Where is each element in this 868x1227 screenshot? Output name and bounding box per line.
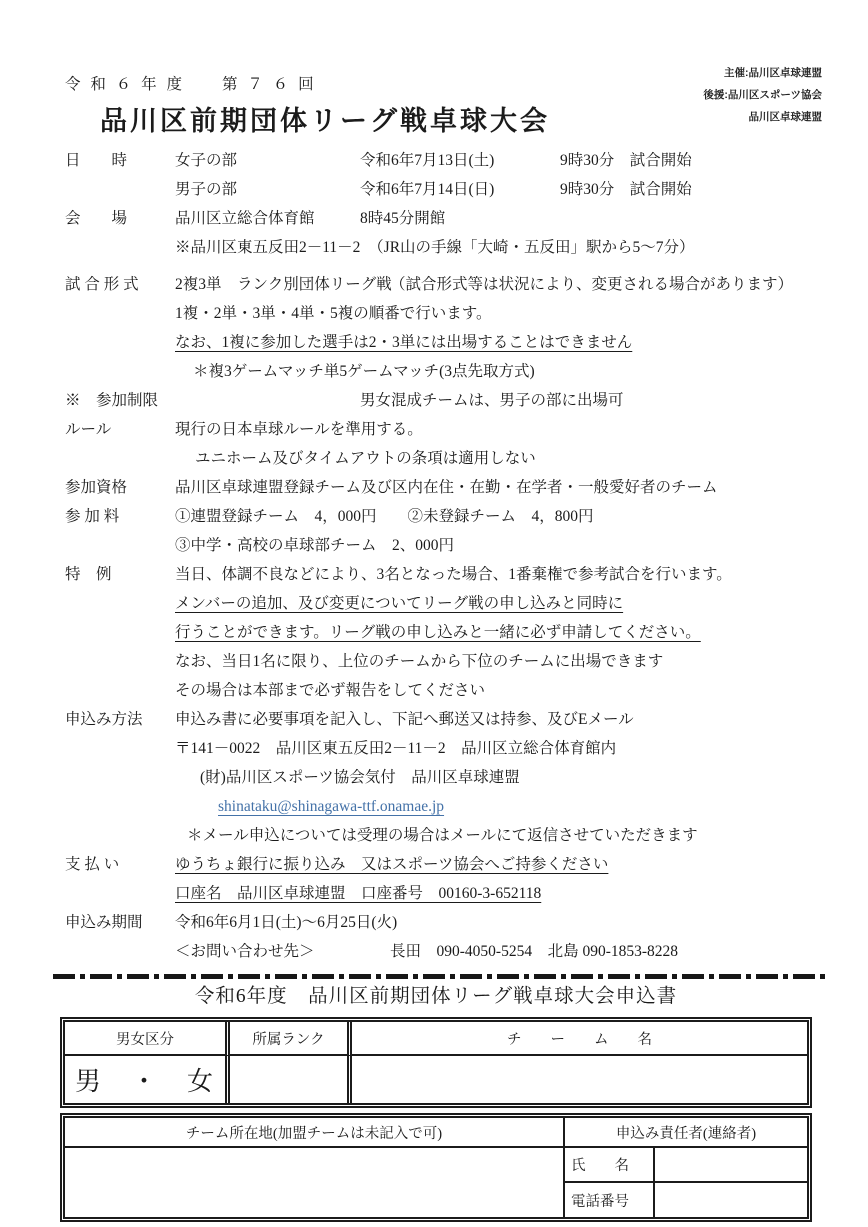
section-application: 申込み方法 申込み書に必要事項を記入し、下記へ郵送又は持参、及びEメール 〒14…	[65, 705, 818, 850]
section-label: 試 合 形 式	[65, 270, 175, 386]
section-label: 日 時	[65, 146, 175, 204]
name-input-cell	[655, 1148, 807, 1183]
section-rules: ルール 現行の日本卓球ルールを準用する。 ユニホーム及びタイムアウトの条項は適用…	[65, 415, 818, 473]
rules-line: 現行の日本卓球ルールを準用する。	[175, 415, 818, 444]
email-link[interactable]: shinataku@shinagawa-ttf.onamae.jp	[218, 798, 444, 815]
section-label: 申込み期間	[65, 908, 175, 966]
section-label: 支 払 い	[65, 850, 175, 908]
name-label: 氏 名	[565, 1148, 655, 1183]
form-table-contact: チーム所在地(加盟チームは未記入で可) 申込み責任者(連絡者) 氏 名 電話番号	[60, 1113, 812, 1222]
payment-line: 口座名 品川区卓球連盟 口座番号 00160-3-652118	[175, 879, 818, 908]
payment-method: ゆうちょ銀行に振り込み 又はスポーツ協会へご持参ください	[175, 856, 608, 873]
application-address: 〒141－0022 品川区東五反田2－11－2 品川区立総合体育館内	[175, 734, 818, 763]
form-title: 令和6年度 品川区前期団体リーグ戦卓球大会申込書	[60, 983, 812, 1011]
phone-input-cell	[655, 1183, 807, 1217]
schedule-row: 男子の部令和6年7月14日(日)9時30分 試合開始	[175, 175, 818, 204]
venue-open-time: 8時45分開館	[360, 210, 445, 227]
application-form: 令和6年度 品川区前期団体リーグ戦卓球大会申込書 男女区分 所属ランク チ ー …	[60, 983, 812, 1222]
fee-line: ①連盟登録チーム 4，000円 ②未登録チーム 4，800円	[175, 502, 818, 531]
schedule-time: 9時30分 試合開始	[560, 181, 692, 198]
special-underlined: 行うことができます。リーグ戦の申し込みと一緒に必ず申請してください。	[175, 624, 701, 641]
header-gender: 男女区分	[65, 1022, 230, 1056]
sponsor-line: 品川区卓球連盟	[703, 106, 822, 128]
payment-account: 口座名 品川区卓球連盟 口座番号 00160-3-652118	[175, 885, 541, 902]
format-main: 2複3単 ランク別団体リーグ戦	[175, 270, 390, 299]
section-eligibility: 参加資格 品川区卓球連盟登録チーム及び区内在住・在勤・在学者・一般愛好者のチーム	[65, 473, 818, 502]
special-line: なお、当日1名に限り、上位のチームから下位のチームに出場できます	[175, 647, 818, 676]
format-line: なお、1複に参加した選手は2・3単には出場することはできません	[175, 328, 818, 357]
period-contact: ＜お問い合わせ先＞長田 090-4050-5254 北島 090-1853-82…	[175, 937, 818, 966]
special-line: 当日、体調不良などにより、3名となった場合、1番棄権で参考試合を行います。	[175, 560, 818, 589]
section-payment: 支 払 い ゆうちょ銀行に振り込み 又はスポーツ協会へご持参ください 口座名 品…	[65, 850, 818, 908]
restriction-text: 男女混成チームは、男子の部に出場可	[360, 386, 818, 415]
header-responsible-person: 申込み責任者(連絡者)	[565, 1118, 807, 1148]
application-line: 申込み書に必要事項を記入し、下記へ郵送又は持参、及びEメール	[175, 705, 818, 734]
section-venue: 会 場 品川区立総合体育館8時45分開館 ※品川区東五反田2－11－2 （JR山…	[65, 204, 818, 262]
team-name-input-cell	[352, 1056, 807, 1103]
payment-line: ゆうちょ銀行に振り込み 又はスポーツ協会へご持参ください	[175, 850, 818, 879]
format-line: ＊複3ゲームマッチ単5ゲームマッチ(3点先取方式)	[175, 357, 818, 386]
fee-line: ③中学・高校の卓球部チーム 2、000円	[175, 531, 818, 560]
sponsor-block: 主催:品川区卓球連盟 後援:品川区スポーツ協会 品川区卓球連盟	[703, 62, 822, 128]
section-period: 申込み期間 令和6年6月1日(土)～6月25日(火) ＜お問い合わせ先＞長田 0…	[65, 908, 818, 966]
eligibility-text: 品川区卓球連盟登録チーム及び区内在住・在勤・在学者・一般愛好者のチーム	[175, 473, 818, 502]
contact-numbers: 長田 090-4050-5254 北島 090-1853-8228	[390, 943, 678, 960]
contact-label: ＜お問い合わせ先＞	[175, 937, 390, 966]
rules-line: ユニホーム及びタイムアウトの条項は適用しない	[175, 444, 818, 473]
rank-input-cell	[230, 1056, 352, 1103]
section-fee: 参 加 料 ①連盟登録チーム 4，000円 ②未登録チーム 4，800円 ③中学…	[65, 502, 818, 560]
header-team-name: チ ー ム 名	[352, 1022, 807, 1056]
section-label: ルール	[65, 415, 175, 473]
section-schedule: 日 時 女子の部令和6年7月13日(土)9時30分 試合開始 男子の部令和6年7…	[65, 146, 818, 204]
section-label: 特 例	[65, 560, 175, 705]
sponsor-line: 後援:品川区スポーツ協会	[703, 84, 822, 106]
format-note: （試合形式等は状況により、変更される場合があります）	[390, 276, 793, 293]
format-line: 2複3単 ランク別団体リーグ戦（試合形式等は状況により、変更される場合があります…	[175, 270, 818, 299]
header-rank: 所属ランク	[230, 1022, 352, 1056]
application-note: ＊メール申込については受理の場合はメールにて返信させていただきます	[175, 821, 818, 850]
schedule-date: 令和6年7月14日(日)	[360, 175, 560, 204]
period-dates: 令和6年6月1日(土)～6月25日(火)	[175, 908, 818, 937]
application-email-line: shinataku@shinagawa-ttf.onamae.jp	[175, 792, 818, 821]
format-line: 1複・2単・3単・4単・5複の順番で行います。	[175, 299, 818, 328]
section-restriction: ※ 参加制限 男女混成チームは、男子の部に出場可	[65, 386, 818, 415]
sponsor-line: 主催:品川区卓球連盟	[703, 62, 822, 84]
section-label: 参 加 料	[65, 502, 175, 560]
section-format: 試 合 形 式 2複3単 ランク別団体リーグ戦（試合形式等は状況により、変更され…	[65, 270, 818, 386]
format-restriction-note: なお、1複に参加した選手は2・3単には出場することはできません	[175, 334, 632, 351]
section-special: 特 例 当日、体調不良などにより、3名となった場合、1番棄権で参考試合を行います…	[65, 560, 818, 705]
schedule-date: 令和6年7月13日(土)	[360, 146, 560, 175]
venue-name: 品川区立総合体育館	[175, 204, 360, 233]
application-recipient: (財)品川区スポーツ協会気付 品川区卓球連盟	[175, 763, 818, 792]
schedule-row: 女子の部令和6年7月13日(土)9時30分 試合開始	[175, 146, 818, 175]
special-line: メンバーの追加、及び変更についてリーグ戦の申し込みと同時に	[175, 589, 818, 618]
document-page: 主催:品川区卓球連盟 後援:品川区スポーツ協会 品川区卓球連盟 令 和 ６ 年 …	[0, 0, 868, 1227]
venue-address: ※品川区東五反田2－11－2 （JR山の手線「大崎・五反田」駅から5～7分）	[175, 233, 818, 262]
section-label: 申込み方法	[65, 705, 175, 850]
section-label: 参加資格	[65, 473, 175, 502]
form-table-team: 男女区分 所属ランク チ ー ム 名 男 ・ 女	[60, 1017, 812, 1108]
schedule-time: 9時30分 試合開始	[560, 152, 692, 169]
schedule-part: 男子の部	[175, 175, 360, 204]
gender-choice-cell: 男 ・ 女	[65, 1056, 230, 1103]
special-line: 行うことができます。リーグ戦の申し込みと一緒に必ず申請してください。	[175, 618, 818, 647]
special-line: その場合は本部まで必ず報告をしてください	[175, 676, 818, 705]
header-team-address: チーム所在地(加盟チームは未記入で可)	[65, 1118, 565, 1148]
phone-label: 電話番号	[565, 1183, 655, 1217]
section-label: ※ 参加制限	[65, 386, 360, 415]
venue-line: 品川区立総合体育館8時45分開館	[175, 204, 818, 233]
team-address-input-cell	[65, 1148, 565, 1217]
cut-line-divider	[53, 974, 828, 979]
schedule-part: 女子の部	[175, 146, 360, 175]
special-underlined: メンバーの追加、及び変更についてリーグ戦の申し込みと同時に	[175, 595, 623, 612]
section-label: 会 場	[65, 204, 175, 262]
